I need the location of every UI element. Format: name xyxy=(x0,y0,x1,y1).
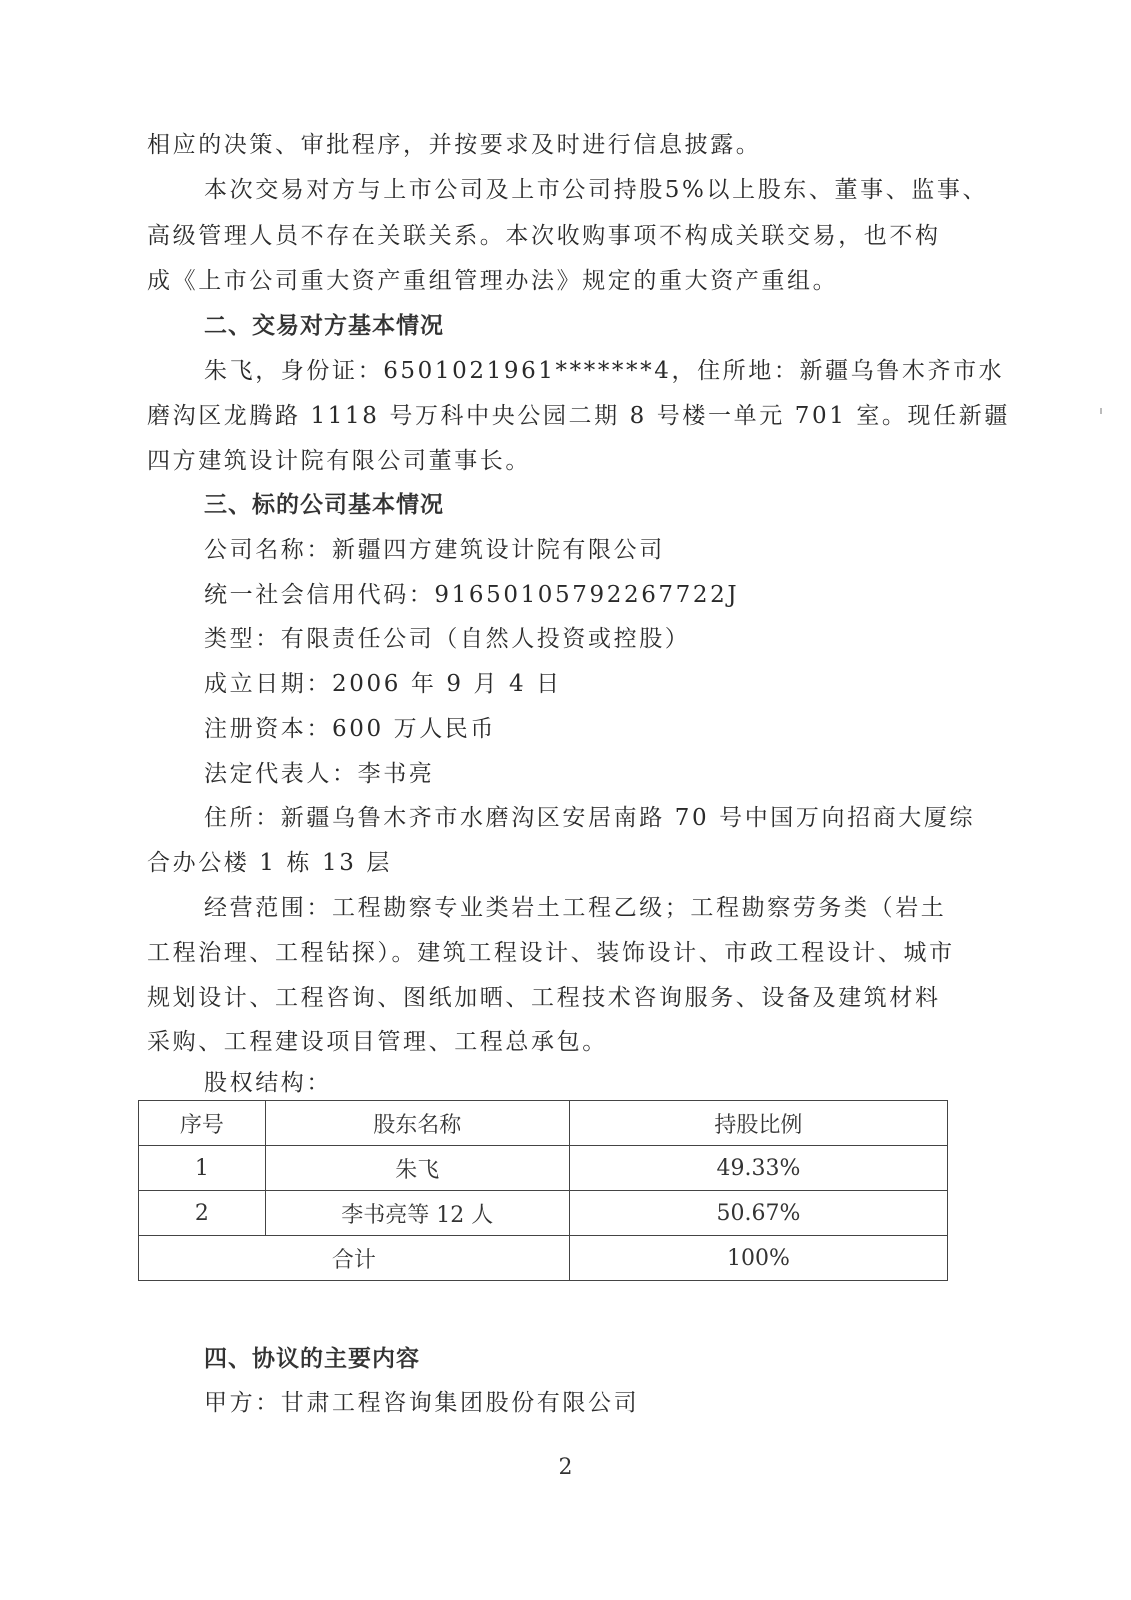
table-row: 2 李书亮等 12 人 50.67% xyxy=(139,1191,948,1236)
counterparty-line: 四方建筑设计院有限公司董事长。 xyxy=(147,446,977,476)
registered-capital: 注册资本：600 万人民币 xyxy=(204,714,1034,744)
cell-ratio: 50.67% xyxy=(569,1191,947,1236)
section-heading-2: 二、交易对方基本情况 xyxy=(204,311,1034,341)
founded-date: 成立日期：2006 年 9 月 4 日 xyxy=(204,669,1034,699)
credit-code: 统一社会信用代码：91650105792267722J xyxy=(204,580,1034,610)
cell-shareholder: 李书亮等 12 人 xyxy=(265,1191,569,1236)
business-scope-line: 采购、工程建设项目管理、工程总承包。 xyxy=(147,1027,977,1057)
paragraph-line: 本次交易对方与上市公司及上市公司持股5%以上股东、董事、监事、 xyxy=(204,175,1034,205)
header-cell: 持股比例 xyxy=(569,1101,947,1146)
cell-ratio: 49.33% xyxy=(569,1146,947,1191)
document-page: 相应的决策、审批程序，并按要求及时进行信息披露。 本次交易对方与上市公司及上市公… xyxy=(0,0,1131,1600)
paragraph-line: 高级管理人员不存在关联关系。本次收购事项不构成关联交易，也不构 xyxy=(147,221,977,251)
paragraph-line: 成《上市公司重大资产重组管理办法》规定的重大资产重组。 xyxy=(147,266,977,296)
business-scope-line: 经营范围：工程勘察专业类岩土工程乙级；工程勘察劳务类（岩土 xyxy=(204,893,1034,923)
total-value: 100% xyxy=(569,1236,947,1281)
scan-mark xyxy=(1100,408,1102,414)
business-scope-line: 工程治理、工程钻探）。建筑工程设计、装饰设计、市政工程设计、城市 xyxy=(147,938,977,968)
legal-representative: 法定代表人：李书亮 xyxy=(204,759,1034,789)
counterparty-line: 磨沟区龙腾路 1118 号万科中央公园二期 8 号楼一单元 701 室。现任新疆 xyxy=(147,401,977,431)
party-a: 甲方：甘肃工程咨询集团股份有限公司 xyxy=(204,1388,1034,1418)
address-line: 合办公楼 1 栋 13 层 xyxy=(147,848,977,878)
business-scope-line: 规划设计、工程咨询、图纸加晒、工程技术咨询服务、设备及建筑材料 xyxy=(147,983,977,1013)
address-line: 住所：新疆乌鲁木齐市水磨沟区安居南路 70 号中国万向招商大厦综 xyxy=(204,803,1034,833)
table-total-row: 合计 100% xyxy=(139,1236,948,1281)
paragraph-line: 相应的决策、审批程序，并按要求及时进行信息披露。 xyxy=(147,130,977,160)
header-cell: 股东名称 xyxy=(265,1101,569,1146)
page-number: 2 xyxy=(0,1455,1131,1480)
equity-table: 序号 股东名称 持股比例 1 朱飞 49.33% 2 李书亮等 12 人 50.… xyxy=(138,1100,948,1281)
cell-index: 2 xyxy=(139,1191,266,1236)
section-heading-4: 四、协议的主要内容 xyxy=(204,1344,1034,1374)
total-label: 合计 xyxy=(139,1236,570,1281)
header-cell: 序号 xyxy=(139,1101,266,1146)
equity-structure-label: 股权结构： xyxy=(204,1068,1034,1098)
company-type: 类型：有限责任公司（自然人投资或控股） xyxy=(204,624,1034,654)
cell-shareholder: 朱飞 xyxy=(265,1146,569,1191)
cell-index: 1 xyxy=(139,1146,266,1191)
company-name: 公司名称：新疆四方建筑设计院有限公司 xyxy=(204,535,1034,565)
table-header-row: 序号 股东名称 持股比例 xyxy=(139,1101,948,1146)
table-row: 1 朱飞 49.33% xyxy=(139,1146,948,1191)
counterparty-line: 朱飞，身份证：6501021961*******4，住所地：新疆乌鲁木齐市水 xyxy=(204,356,1034,386)
section-heading-3: 三、标的公司基本情况 xyxy=(204,490,1034,520)
